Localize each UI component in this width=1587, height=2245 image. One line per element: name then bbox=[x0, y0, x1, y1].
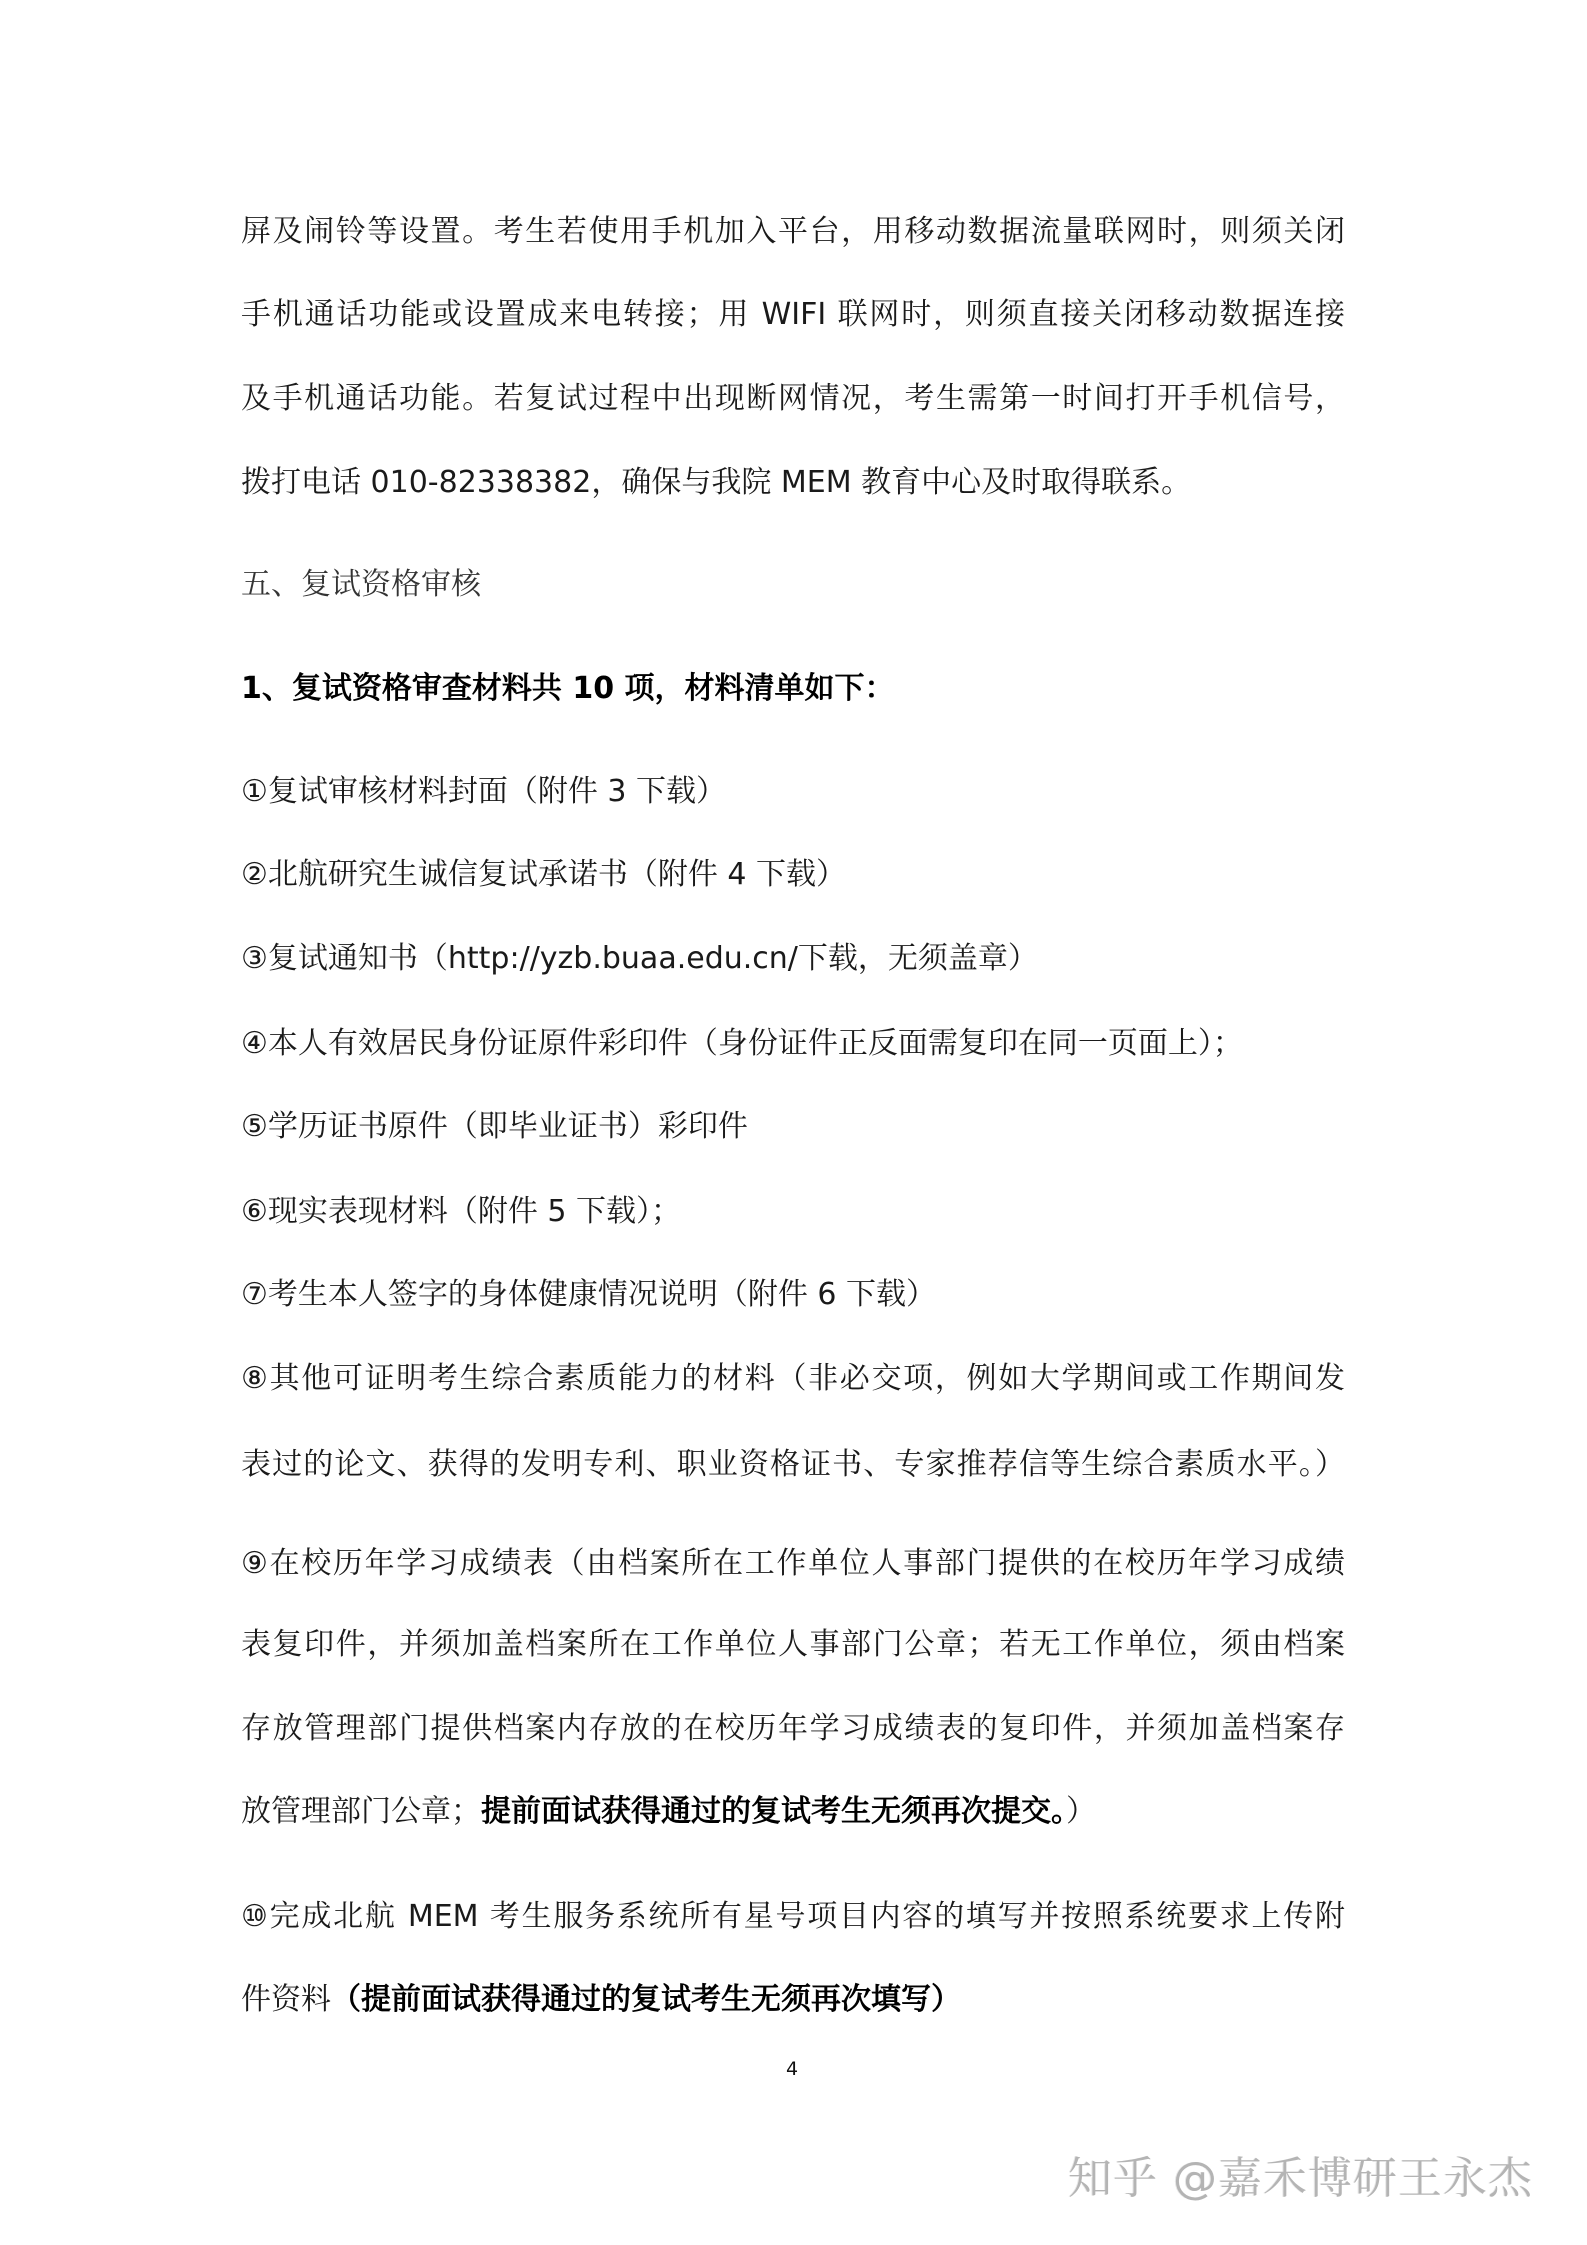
list-item: ⑩完成北航 MEM 考生服务系统所有星号项目内容的填写并按照系统要求上传附 bbox=[241, 1899, 1345, 1935]
list-item: ⑧其他可证明考生综合素质能力的材料（非必交项，例如大学期间或工作期间发 bbox=[241, 1361, 1345, 1397]
watermark: 知乎 @嘉禾博研王永杰 bbox=[1068, 2152, 1533, 2206]
item-text: 放管理部门公章； bbox=[241, 1794, 481, 1829]
list-item: ③复试通知书（http://yzb.buaa.edu.cn/下载，无须盖章） bbox=[241, 941, 1345, 977]
item-bold-note: （提前面试获得通过的复试考生无须再次填写） bbox=[331, 1982, 961, 2017]
subheading: 1、复试资格审查材料共 10 项，材料清单如下： bbox=[241, 671, 1345, 707]
list-item: ④本人有效居民身份证原件彩印件（身份证件正反面需复印在同一页面上）； bbox=[241, 1026, 1345, 1062]
section-heading: 五、复试资格审核 bbox=[241, 567, 1345, 603]
list-item-continuation: 表过的论文、获得的发明专利、职业资格证书、专家推荐信等生综合素质水平。） bbox=[241, 1447, 1345, 1483]
paragraph-line: 拨打电话 010-82338382，确保与我院 MEM 教育中心及时取得联系。 bbox=[241, 465, 1345, 501]
list-item: ⑥现实表现材料（附件 5 下载）； bbox=[241, 1194, 1345, 1230]
list-item-continuation: 表复印件，并须加盖档案所在工作单位人事部门公章；若无工作单位，须由档案 bbox=[241, 1627, 1345, 1663]
item-text: ） bbox=[1066, 1794, 1096, 1829]
paragraph-line: 手机通话功能或设置成来电转接；用 WIFI 联网时，则须直接关闭移动数据连接 bbox=[241, 297, 1345, 333]
list-item: ⑦考生本人签字的身体健康情况说明（附件 6 下载） bbox=[241, 1277, 1345, 1313]
document-page: 屏及闹铃等设置。考生若使用手机加入平台，用移动数据流量联网时，则须关闭 手机通话… bbox=[0, 0, 1587, 2245]
list-item-continuation: 放管理部门公章；提前面试获得通过的复试考生无须再次提交。） bbox=[241, 1794, 1345, 1830]
paragraph-line: 屏及闹铃等设置。考生若使用手机加入平台，用移动数据流量联网时，则须关闭 bbox=[241, 214, 1345, 250]
list-item: ⑤学历证书原件（即毕业证书）彩印件 bbox=[241, 1109, 1345, 1145]
item-text: 件资料 bbox=[241, 1982, 331, 2017]
list-item: ②北航研究生诚信复试承诺书（附件 4 下载） bbox=[241, 857, 1345, 893]
list-item: ①复试审核材料封面（附件 3 下载） bbox=[241, 774, 1345, 810]
list-item-continuation: 件资料（提前面试获得通过的复试考生无须再次填写） bbox=[241, 1982, 1345, 2018]
paragraph-line: 及手机通话功能。若复试过程中出现断网情况，考生需第一时间打开手机信号， bbox=[241, 381, 1345, 417]
list-item: ⑨在校历年学习成绩表（由档案所在工作单位人事部门提供的在校历年学习成绩 bbox=[241, 1546, 1345, 1582]
list-item-continuation: 存放管理部门提供档案内存放的在校历年学习成绩表的复印件，并须加盖档案存 bbox=[241, 1711, 1345, 1747]
page-number: 4 bbox=[786, 2058, 798, 2080]
item-bold-note: 提前面试获得通过的复试考生无须再次提交。 bbox=[481, 1794, 1066, 1829]
